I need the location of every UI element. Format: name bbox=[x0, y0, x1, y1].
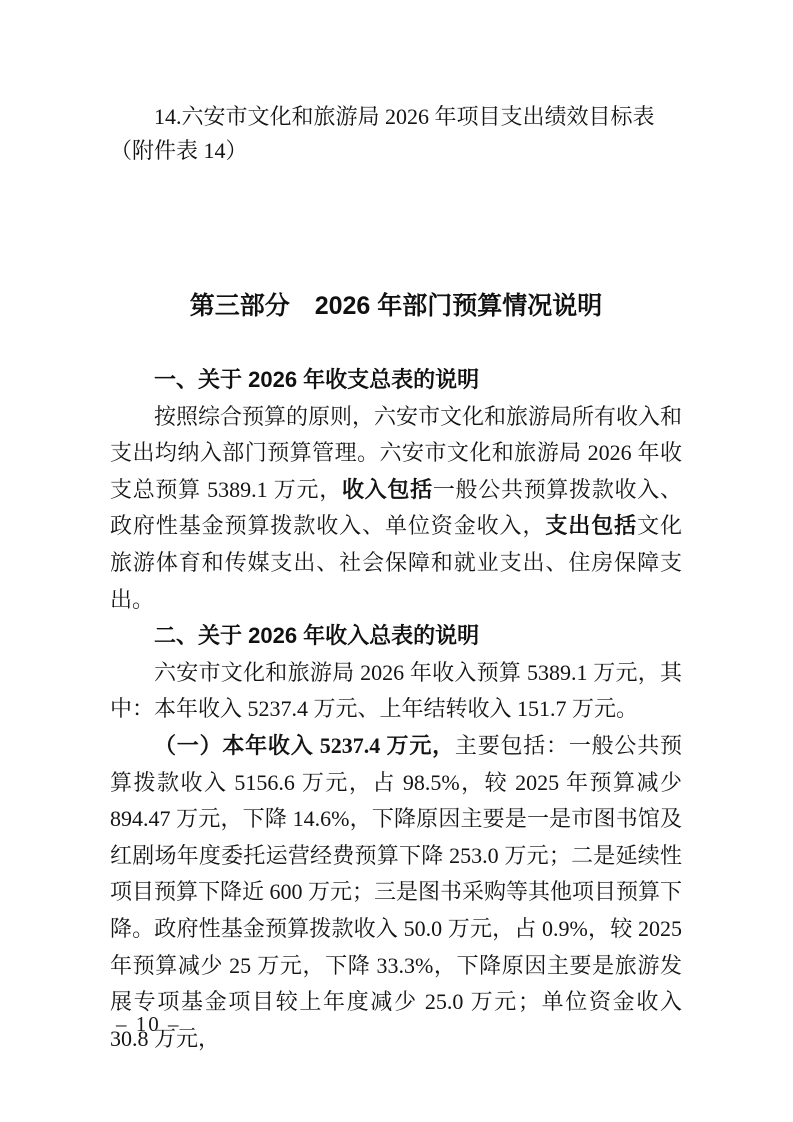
attachment-list-item: 14.六安市文化和旅游局 2026 年项目支出绩效目标表 （附件表 14） bbox=[110, 100, 682, 168]
attachment-item-continuation: （附件表 14） bbox=[110, 134, 682, 168]
section-1-paragraph: 按照综合预算的原则，六安市文化和旅游局所有收入和支出均纳入部门预算管理。六安市文… bbox=[110, 399, 682, 619]
section-2-bold-current-year-income: （一）本年收入 5237.4 万元， bbox=[154, 733, 455, 758]
section-2-run-1: 主要包括：一般公共预算拨款收入 5156.6 万元，占 98.5%，较 2025… bbox=[110, 733, 682, 1051]
attachment-item-text: 14.六安市文化和旅游局 2026 年项目支出绩效目标表 bbox=[110, 100, 682, 134]
section-1-bold-expenditure-includes: 支出包括 bbox=[545, 513, 637, 538]
part-heading: 第三部分 2026 年部门预算情况说明 bbox=[110, 286, 682, 322]
document-body: 一、关于 2026 年收支总表的说明 按照综合预算的原则，六安市文化和旅游局所有… bbox=[110, 362, 682, 1057]
section-2-heading: 二、关于 2026 年收入总表的说明 bbox=[110, 618, 682, 655]
section-2-paragraph-2: （一）本年收入 5237.4 万元，主要包括：一般公共预算拨款收入 5156.6… bbox=[110, 728, 682, 1057]
section-1-heading: 一、关于 2026 年收支总表的说明 bbox=[110, 362, 682, 399]
document-page: 14.六安市文化和旅游局 2026 年项目支出绩效目标表 （附件表 14） 第三… bbox=[0, 0, 793, 1122]
section-2-paragraph-1: 六安市文化和旅游局 2026 年收入预算 5389.1 万元，其中：本年收入 5… bbox=[110, 655, 682, 728]
page-number: – 10 – bbox=[116, 1012, 181, 1037]
section-1-bold-income-includes: 收入包括 bbox=[342, 477, 433, 502]
